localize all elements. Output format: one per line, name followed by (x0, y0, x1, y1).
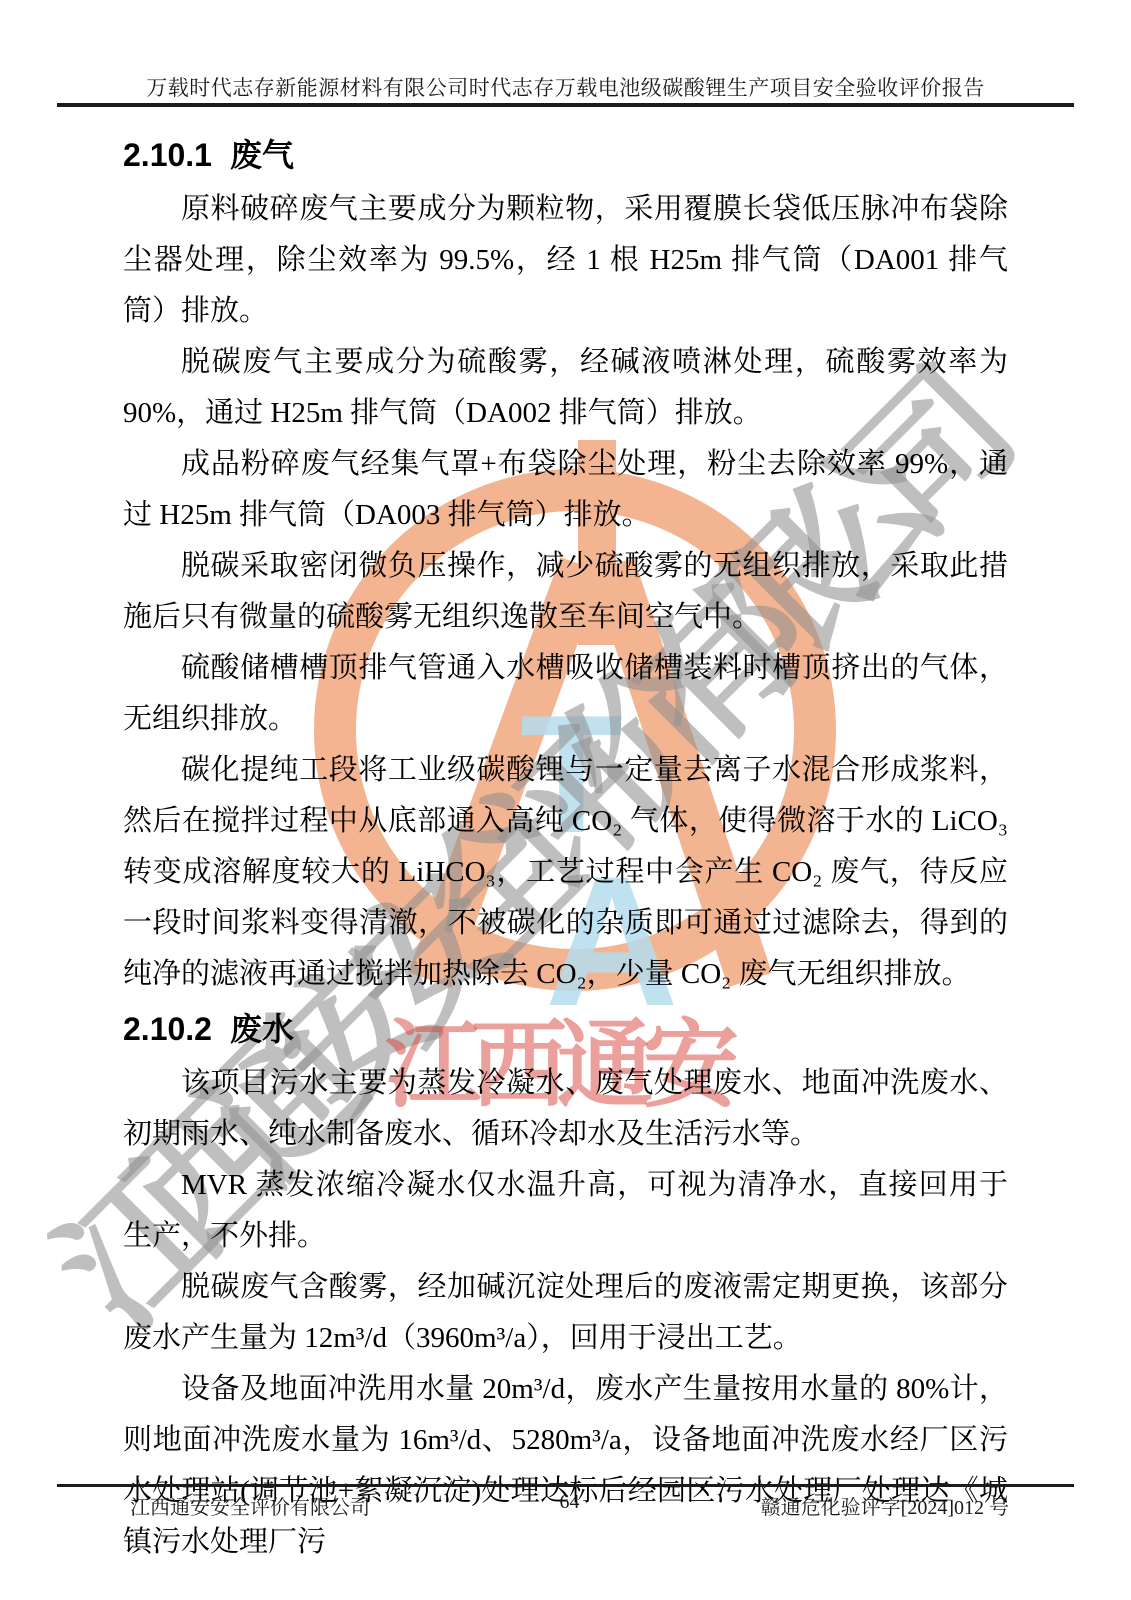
report-header-title: 万载时代志存新能源材料有限公司时代志存万载电池级碳酸锂生产项目安全验收评价报告 (0, 72, 1131, 102)
footer-doc-number: 赣通危化验评字[2024]012 号 (761, 1491, 1009, 1520)
header-divider (57, 103, 1074, 107)
paragraph: 原料破碎废气主要成分为颗粒物，采用覆膜长袋低压脉冲布袋除尘器处理，除尘效率为 9… (123, 184, 1008, 337)
paragraph: 脱碳废气含酸雾，经加碱沉淀处理后的废液需定期更换，该部分废水产生量为 12m³/… (123, 1262, 1008, 1364)
paragraph: 脱碳采取密闭微负压操作，减少硫酸雾的无组织排放，采取此措施后只有微量的硫酸雾无组… (123, 541, 1008, 643)
section-heading-waste-gas: 2.10.1废气 (123, 129, 1008, 181)
document-content: 万载时代志存新能源材料有限公司时代志存万载电池级碳酸锂生产项目安全验收评价报告 … (0, 0, 1131, 1600)
section-number: 2.10.2 (123, 1011, 212, 1047)
section-number: 2.10.1 (123, 137, 212, 173)
footer-company: 江西通安安全评价有限公司 (130, 1491, 370, 1520)
paragraph: 碳化提纯工段将工业级碳酸锂与一定量去离子水混合形成浆料，然后在搅拌过程中从底部通… (123, 745, 1008, 1000)
paragraph: 该项目污水主要为蒸发冷凝水、废气处理废水、地面冲洗废水、初期雨水、纯水制备废水、… (123, 1058, 1008, 1160)
document-page: T A 江西通安安全评价有限公司 江西通安 万载时代志存新能源材料有限公司时代志… (0, 0, 1131, 1600)
section-title: 废水 (230, 1011, 294, 1047)
paragraph: 成品粉碎废气经集气罩+布袋除尘处理，粉尘去除效率 99%，通过 H25m 排气筒… (123, 439, 1008, 541)
section-heading-waste-water: 2.10.2废水 (123, 1003, 1008, 1055)
paragraph: 设备及地面冲洗用水量 20m³/d，废水产生量按用水量的 80%计，则地面冲洗废… (123, 1364, 1008, 1568)
footer-divider (57, 1484, 1074, 1487)
paragraph: MVR 蒸发浓缩冷凝水仅水温升高，可视为清净水，直接回用于生产，不外排。 (123, 1160, 1008, 1262)
section-title: 废气 (230, 137, 294, 173)
paragraph: 脱碳废气主要成分为硫酸雾，经碱液喷淋处理，硫酸雾效率为 90%，通过 H25m … (123, 337, 1008, 439)
paragraph: 硫酸储槽槽顶排气管通入水槽吸收储槽装料时槽顶挤出的气体，无组织排放。 (123, 643, 1008, 745)
page-body: 2.10.1废气 原料破碎废气主要成分为颗粒物，采用覆膜长袋低压脉冲布袋除尘器处… (123, 126, 1008, 1568)
